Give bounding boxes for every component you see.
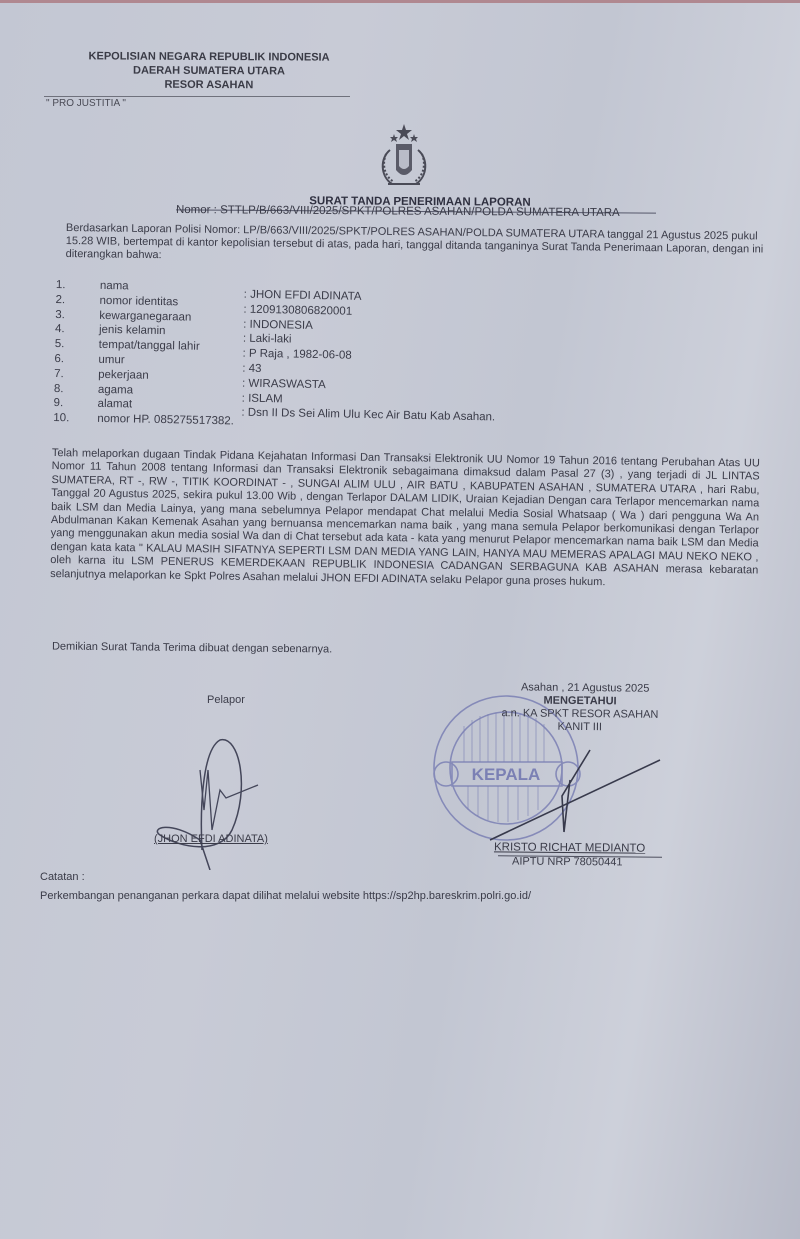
field-number: 9. [53, 397, 83, 410]
field-label: jenis kelamin [99, 324, 249, 339]
intro-paragraph: Berdasarkan Laporan Polisi Nomor: LP/B/6… [66, 222, 766, 270]
field-label: nomor identitas [99, 295, 249, 310]
letterhead: KEPOLISIAN NEGARA REPUBLIK INDONESIA DAE… [68, 49, 350, 92]
letterhead-line-2: DAERAH SUMATERA UTARA [68, 63, 350, 78]
field-label: pekerjaan [98, 369, 248, 384]
officer-unit: KANIT III [490, 720, 670, 735]
field-label: kewarganegaraan [99, 309, 249, 324]
pro-justitia: " PRO JUSTITIA " [46, 98, 126, 109]
closing-statement: Demikian Surat Tanda Terima dibuat denga… [52, 641, 332, 656]
reporter-signature-icon [140, 730, 260, 870]
field-label: alamat [97, 398, 247, 413]
field-number: 1. [56, 279, 86, 292]
document-number: Nomor : STTLP/B/663/VIII/2025/SPKT/POLRE… [176, 204, 676, 219]
field-number: 10. [53, 412, 83, 425]
field-label: umur [98, 354, 248, 369]
field-number: 2. [55, 294, 85, 307]
officer-nrp: AIPTU NRP 78050441 [512, 856, 623, 869]
reporter-label: Pelapor [207, 694, 245, 706]
field-label: tempat/tanggal lahir [99, 339, 249, 354]
sign-date: Asahan , 21 Agustus 2025 [500, 681, 670, 696]
polri-emblem-icon [376, 120, 432, 192]
field-label: nama [100, 280, 250, 295]
letterhead-divider [44, 96, 350, 97]
document-page: KEPOLISIAN NEGARA REPUBLIK INDONESIA DAE… [0, 0, 800, 1239]
field-number: 3. [55, 309, 85, 322]
field-number: 6. [54, 353, 84, 366]
reporter-identity-list: 1.nama: JHON EFDI ADINATA 2.nomor identi… [53, 279, 536, 436]
report-body: Telah melaporkan dugaan Tindak Pidana Ke… [50, 447, 760, 592]
field-label: nomor HP. 085275517382. [97, 413, 234, 428]
field-number: 5. [55, 338, 85, 351]
letterhead-line-3: RESOR ASAHAN [68, 77, 350, 92]
reporter-name: (JHON EFDI ADINATA) [154, 833, 268, 845]
officer-role: a.n. KA SPKT RESOR ASAHAN [490, 707, 670, 722]
officer-block: Asahan , 21 Agustus 2025 MENGETAHUI a.n.… [490, 681, 671, 735]
note-text: Perkembangan penanganan perkara dapat di… [40, 890, 531, 902]
field-number: 4. [55, 323, 85, 336]
officer-name: KRISTO RICHAT MEDIANTO [494, 841, 645, 854]
officer-signature-icon [460, 740, 670, 850]
letterhead-line-1: KEPOLISIAN NEGARA REPUBLIK INDONESIA [68, 49, 350, 64]
field-label: agama [98, 383, 248, 398]
field-number: 8. [54, 383, 84, 396]
note-label: Catatan : [40, 871, 85, 883]
field-number: 7. [54, 368, 84, 381]
